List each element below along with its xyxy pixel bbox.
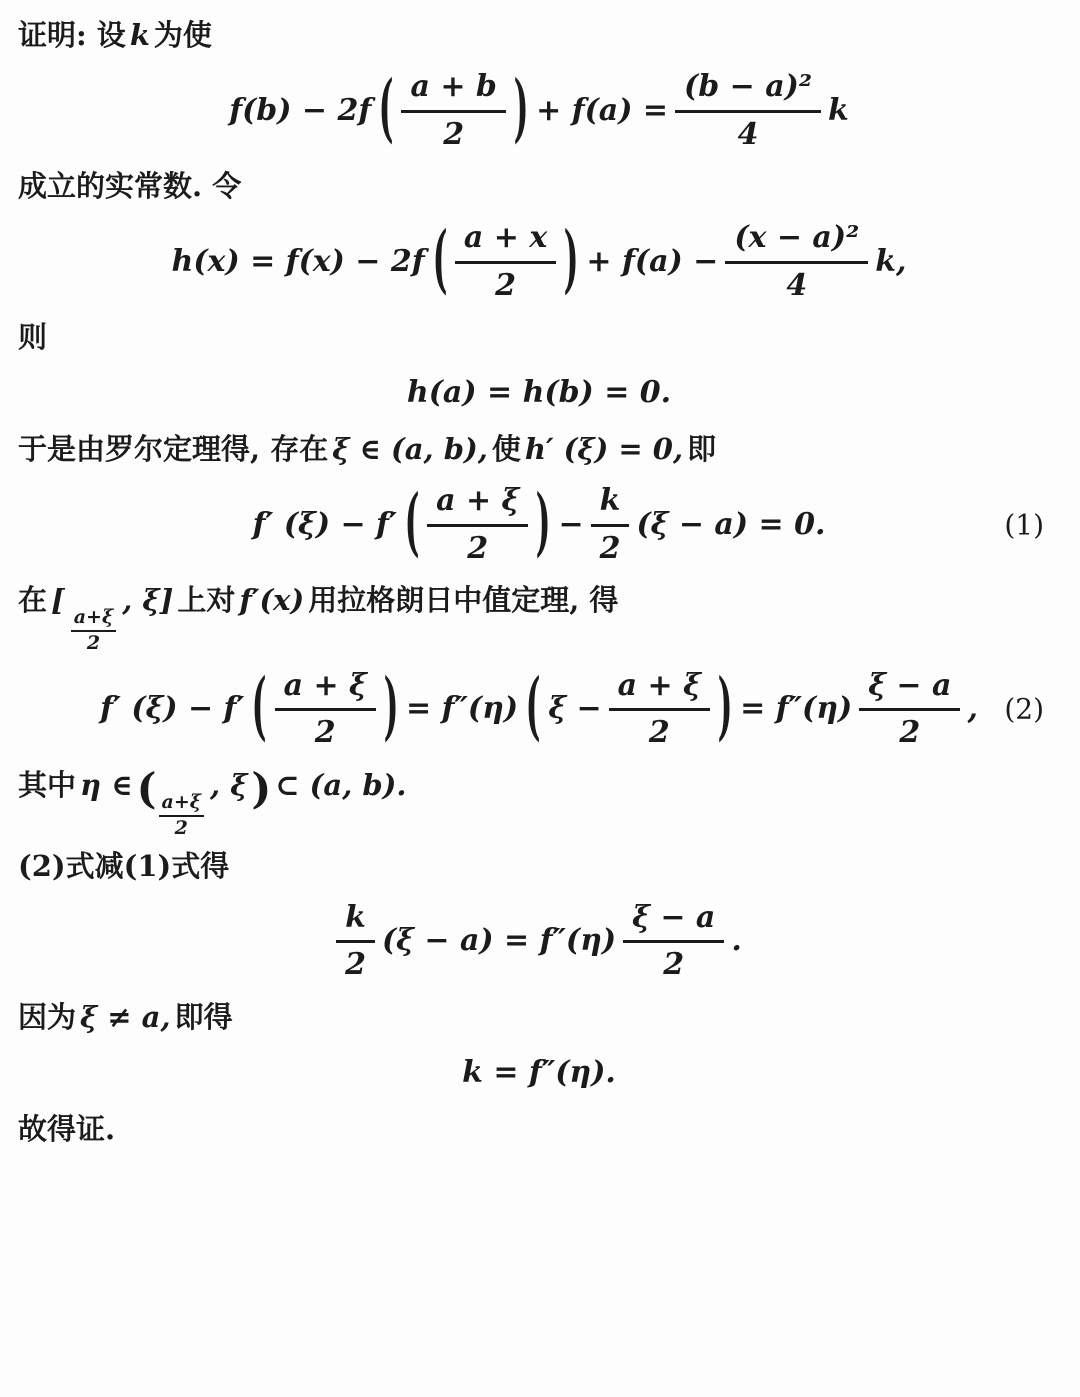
frac-numerator: k [591, 482, 630, 527]
eq-term: k = f″(η). [462, 1055, 616, 1091]
eq-term: f′ (ξ) − f′ [253, 510, 397, 540]
frac-numerator: a + ξ [609, 667, 710, 712]
left-paren: ( [252, 673, 267, 747]
math-fraction: ξ − a2 [623, 899, 724, 984]
math-fraction: k2 [336, 899, 375, 984]
prose-text: 即得 [175, 1000, 233, 1034]
eq-term: (ξ − a) = 0. [636, 510, 825, 540]
frac-numerator: a + ξ [275, 667, 376, 712]
intro-text: 证明: 设 [18, 18, 126, 52]
eq-term: ξ − [548, 694, 601, 724]
prose-text: 上对 [177, 583, 235, 617]
proof-intro-line: 证明: 设k为使 [18, 14, 1060, 56]
eq-term: h(x) = f(x) − 2f [172, 247, 425, 277]
frac-denominator: 2 [87, 632, 100, 655]
math-fraction: (b − a)²4 [675, 68, 821, 153]
lagrange-theorem-line: 在[a+ξ2, ξ]上对f′(x)用拉格朗日中值定理, 得 [18, 579, 1060, 655]
eq-term: k [828, 96, 849, 126]
frac-numerator: ξ − a [623, 899, 724, 944]
right-paren: ) [718, 673, 733, 747]
eq-term: − [559, 510, 584, 540]
right-paren: ) [383, 673, 398, 747]
frac-denominator: 2 [315, 711, 336, 752]
eq-term: + f(a) = [536, 96, 668, 126]
prose-line: 则 [18, 316, 1060, 358]
frac-denominator: 2 [175, 817, 188, 840]
equation-number-2: (2) [1004, 693, 1044, 726]
frac-denominator: 2 [443, 113, 464, 154]
frac-denominator: 2 [899, 711, 920, 752]
math-xi: , ξ [206, 768, 251, 802]
frac-denominator: 2 [663, 943, 684, 984]
math-eta-in: η ∈ [76, 768, 137, 802]
prose-text: 即 [687, 432, 716, 466]
math-fraction: a + ξ2 [609, 667, 710, 752]
inline-fraction: a+ξ2 [71, 607, 116, 655]
frac-denominator: 2 [600, 527, 621, 568]
eq-term: f(b) − 2f [229, 96, 371, 126]
prose-text: 于是由罗尔定理得, 存在 [18, 432, 328, 466]
frac-denominator: 2 [345, 943, 366, 984]
eq-term: . [731, 926, 741, 956]
math-xi-neq-a: ξ ≠ a, [76, 1000, 175, 1034]
eq-term: + f(a) − [586, 247, 718, 277]
math-fraction: (x − a)²4 [725, 219, 868, 304]
frac-numerator: (b − a)² [675, 68, 821, 113]
numbered-equation-2: f′ (ξ) − f′ ( a + ξ2 ) = f″(η) ( ξ − a +… [18, 667, 1060, 752]
math-subset: ⊂ (a, b). [271, 768, 410, 802]
prose-text: 故得证. [18, 1112, 115, 1146]
frac-numerator: ξ − a [859, 667, 960, 712]
equation-1-body: f′ (ξ) − f′ ( a + ξ2 ) − k2 (ξ − a) = 0. [18, 482, 1060, 567]
math-bracket: , ξ] [118, 583, 177, 617]
prose-text: 成立的实常数. 令 [18, 169, 241, 203]
math-h-prime: h′ (ξ) = 0, [521, 432, 687, 466]
prose-text: 因为 [18, 1000, 76, 1034]
right-paren: ) [536, 488, 551, 562]
prose-text: 则 [18, 320, 47, 354]
prose-text: (2)式减(1)式得 [18, 849, 229, 883]
frac-denominator: 4 [738, 113, 759, 154]
math-bracket: [ [47, 583, 69, 617]
math-fraction: k2 [591, 482, 630, 567]
eq-term: (ξ − a) = f″(η) [382, 926, 616, 956]
eq-term: = f″(η) [406, 694, 518, 724]
frac-numerator: a + ξ [427, 482, 528, 527]
since-line: 因为ξ ≠ a,即得 [18, 996, 1060, 1038]
math-fraction: a + x2 [455, 219, 556, 304]
math-f-prime-x: f′(x) [235, 583, 308, 617]
prose-line: 成立的实常数. 令 [18, 165, 1060, 207]
math-xi-interval: ξ ∈ (a, b), [328, 432, 492, 466]
frac-denominator: 4 [786, 264, 807, 305]
equation-h-values: h(a) = h(b) = 0. [18, 375, 1060, 411]
frac-numerator: a+ξ [159, 792, 204, 817]
qed-line: 故得证. [18, 1108, 1060, 1150]
frac-numerator: a + b [401, 68, 505, 113]
right-paren: ) [564, 225, 579, 299]
prose-text: 在 [18, 583, 47, 617]
math-fraction: a + b2 [401, 68, 505, 153]
equation-number-1: (1) [1004, 508, 1044, 541]
equation-f-identity: f(b) − 2f ( a + b2 ) + f(a) = (b − a)²4 … [18, 68, 1060, 153]
math-k: k [126, 18, 154, 52]
math-fraction: a + ξ2 [275, 667, 376, 752]
eq-term: = f″(η) [740, 694, 852, 724]
left-paren: ( [379, 74, 394, 148]
right-paren: ) [514, 74, 529, 148]
eq-term: k, [875, 247, 906, 277]
eq-term: , [967, 694, 977, 724]
frac-denominator: 2 [495, 264, 516, 305]
numbered-equation-1: f′ (ξ) − f′ ( a + ξ2 ) − k2 (ξ − a) = 0.… [18, 482, 1060, 567]
math-fraction: ξ − a2 [859, 667, 960, 752]
frac-numerator: k [336, 899, 375, 944]
eq-term: h(a) = h(b) = 0. [407, 375, 671, 411]
eq-term: f′ (ξ) − f′ [100, 694, 244, 724]
subtract-line: (2)式减(1)式得 [18, 845, 1060, 887]
left-paren: ( [405, 488, 420, 562]
equation-h-definition: h(x) = f(x) − 2f ( a + x2 ) + f(a) − (x … [18, 219, 1060, 304]
proof-document: 证明: 设k为使 f(b) − 2f ( a + b2 ) + f(a) = (… [0, 0, 1080, 1397]
prose-text: 用拉格朗日中值定理, 得 [308, 583, 618, 617]
math-fraction: a + ξ2 [427, 482, 528, 567]
prose-text: 使 [492, 432, 521, 466]
rolle-theorem-line: 于是由罗尔定理得, 存在ξ ∈ (a, b),使h′ (ξ) = 0,即 [18, 428, 1060, 470]
frac-denominator: 2 [649, 711, 670, 752]
prose-text: 其中 [18, 768, 76, 802]
frac-numerator: (x − a)² [725, 219, 868, 264]
left-paren: ( [432, 225, 447, 299]
equation-subtract-result: k2 (ξ − a) = f″(η) ξ − a2 . [18, 899, 1060, 984]
inline-fraction: a+ξ2 [159, 792, 204, 840]
left-paren: ( [526, 673, 541, 747]
eta-domain-line: 其中η ∈(a+ξ2, ξ)⊂ (a, b). [18, 764, 1060, 840]
frac-numerator: a+ξ [71, 607, 116, 632]
equation-2-body: f′ (ξ) − f′ ( a + ξ2 ) = f″(η) ( ξ − a +… [18, 667, 1060, 752]
equation-conclusion: k = f″(η). [18, 1055, 1060, 1091]
frac-numerator: a + x [455, 219, 556, 264]
frac-denominator: 2 [467, 527, 488, 568]
intro-text-2: 为使 [154, 18, 212, 52]
